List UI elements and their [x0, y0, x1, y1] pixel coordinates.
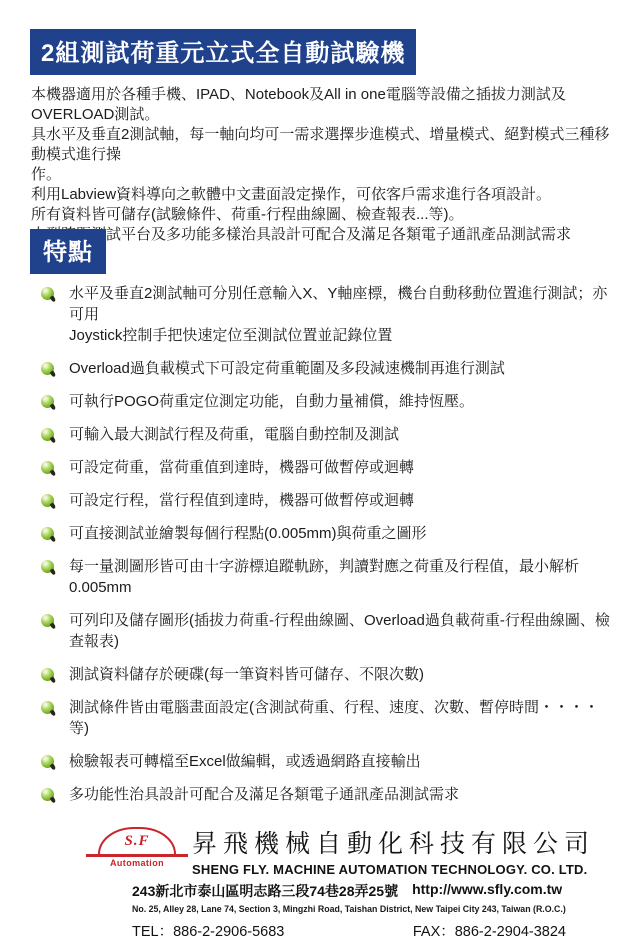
address-row: 243新北市泰山區明志路三段74巷28弄25號 http://www.sfly.… — [132, 881, 576, 901]
green-ball-bullet-icon — [41, 755, 54, 768]
website-url: http://www.sfly.com.tw — [412, 881, 562, 901]
company-name-zh: 昇飛機械自動化科技有限公司 — [192, 824, 595, 860]
feature-item-text: 可執行POGO荷重定位測定功能，自動力量補償，維持恆壓。 — [69, 391, 474, 412]
logo-automation-text: Automation — [84, 858, 190, 868]
green-ball-bullet-icon — [41, 527, 54, 540]
features-heading: 特點 — [43, 239, 93, 266]
feature-item-text: 每一量測圖形皆可由十字游標追蹤軌跡，判讀對應之荷重及行程值，最小解析0.005m… — [69, 556, 616, 598]
feature-item-text: 測試資料儲存於硬碟(每一筆資料皆可儲存、不限次數) — [69, 664, 424, 685]
feature-item-text: 可列印及儲存圖形(插拔力荷重-行程曲線圖、Overload過負載荷重-行程曲線圖… — [69, 610, 616, 652]
company-name-en: SHENG FLY. MACHINE AUTOMATION TECHNOLOGY… — [192, 862, 595, 877]
feature-list-item: 可設定荷重，當荷重值到達時，機器可做暫停或迴轉 — [41, 457, 616, 478]
feature-list-item: 測試資料儲存於硬碟(每一筆資料皆可儲存、不限次數) — [41, 664, 616, 685]
logo-dome-icon: S.F — [98, 827, 176, 854]
feature-list-item: 可直接測試並繪製每個行程點(0.005mm)與荷重之圖形 — [41, 523, 616, 544]
product-title-banner: 2組測試荷重元立式全自動試驗機 — [30, 29, 416, 75]
feature-list-item: 測試條件皆由電腦畫面設定(含測試荷重、行程、速度、次數、暫停時間・・・・等) — [41, 697, 616, 739]
features-list: 水平及垂直2測試軸可分別任意輸入X、Y軸座標，機台自動移動位置進行測試；亦可用 … — [41, 283, 616, 817]
feature-item-text: 可輸入最大測試行程及荷重，電腦自動控制及測試 — [69, 424, 399, 445]
feature-list-item: 可輸入最大測試行程及荷重，電腦自動控制及測試 — [41, 424, 616, 445]
feature-list-item: 可列印及儲存圖形(插拔力荷重-行程曲線圖、Overload過負載荷重-行程曲線圖… — [41, 610, 616, 652]
green-ball-bullet-icon — [41, 560, 54, 573]
green-ball-bullet-icon — [41, 788, 54, 801]
feature-list-item: 可執行POGO荷重定位測定功能，自動力量補償，維持恆壓。 — [41, 391, 616, 412]
sf-automation-logo: S.F Automation — [84, 824, 190, 868]
green-ball-bullet-icon — [41, 614, 54, 627]
product-title: 2組測試荷重元立式全自動試驗機 — [41, 40, 405, 67]
feature-item-text: 可設定荷重，當荷重值到達時，機器可做暫停或迴轉 — [69, 457, 414, 478]
feature-item-text: 多功能性治具設計可配合及滿足各類電子通訊產品測試需求 — [69, 784, 459, 805]
green-ball-bullet-icon — [41, 395, 54, 408]
feature-item-text: 檢驗報表可轉檔至Excel做編輯，或透過網路直接輸出 — [69, 751, 421, 772]
company-footer: S.F Automation 昇飛機械自動化科技有限公司 SHENG FLY. … — [84, 824, 576, 941]
feature-list-item: 每一量測圖形皆可由十字游標追蹤軌跡，判讀對應之荷重及行程值，最小解析0.005m… — [41, 556, 616, 598]
features-heading-banner: 特點 — [30, 229, 106, 274]
green-ball-bullet-icon — [41, 362, 54, 375]
feature-item-text: Overload過負載模式下可設定荷重範圍及多段減速機制再進行測試 — [69, 358, 505, 379]
feature-item-text: 測試條件皆由電腦畫面設定(含測試荷重、行程、速度、次數、暫停時間・・・・等) — [69, 697, 616, 739]
footer-top-row: S.F Automation 昇飛機械自動化科技有限公司 SHENG FLY. … — [84, 824, 576, 877]
feature-list-item: 水平及垂直2測試軸可分別任意輸入X、Y軸座標，機台自動移動位置進行測試；亦可用 … — [41, 283, 616, 346]
feature-item-text: 可直接測試並繪製每個行程點(0.005mm)與荷重之圖形 — [69, 523, 427, 544]
green-ball-bullet-icon — [41, 461, 54, 474]
feature-list-item: 可設定行程，當行程值到達時，機器可做暫停或迴轉 — [41, 490, 616, 511]
green-ball-bullet-icon — [41, 428, 54, 441]
green-ball-bullet-icon — [41, 701, 54, 714]
company-names: 昇飛機械自動化科技有限公司 SHENG FLY. MACHINE AUTOMAT… — [192, 824, 595, 877]
feature-list-item: Overload過負載模式下可設定荷重範圍及多段減速機制再進行測試 — [41, 358, 616, 379]
address-en: No. 25, Alley 28, Lane 74, Section 3, Mi… — [132, 904, 576, 914]
address-zh: 243新北市泰山區明志路三段74巷28弄25號 — [132, 881, 398, 901]
feature-list-item: 多功能性治具設計可配合及滿足各類電子通訊產品測試需求 — [41, 784, 616, 805]
logo-baseline — [86, 854, 188, 857]
green-ball-bullet-icon — [41, 287, 54, 300]
green-ball-bullet-icon — [41, 494, 54, 507]
green-ball-bullet-icon — [41, 668, 54, 681]
logo-sf-text: S.F — [124, 833, 149, 850]
feature-list-item: 檢驗報表可轉檔至Excel做編輯，或透過網路直接輸出 — [41, 751, 616, 772]
intro-paragraph: 本機器適用於各種手機、IPAD、Notebook及All in one電腦等設備… — [31, 85, 619, 245]
feature-item-text: 可設定行程，當行程值到達時，機器可做暫停或迴轉 — [69, 490, 414, 511]
feature-item-text: 水平及垂直2測試軸可分別任意輸入X、Y軸座標，機台自動移動位置進行測試；亦可用 … — [69, 283, 616, 346]
